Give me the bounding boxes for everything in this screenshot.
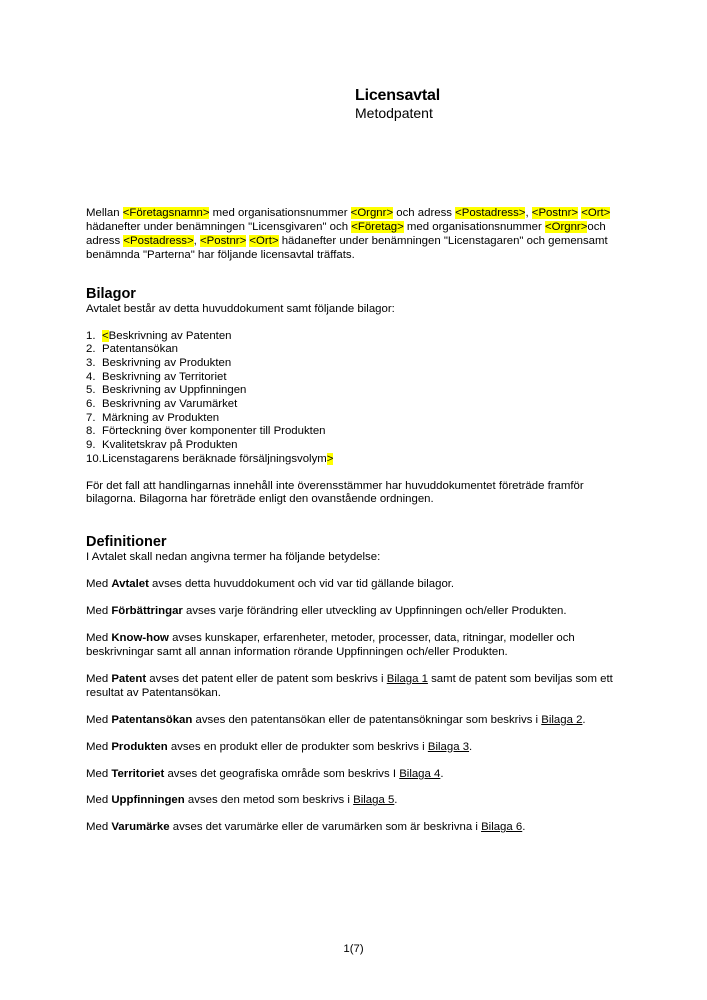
list-label: Beskrivning av Varumärket <box>102 398 237 412</box>
definitions-list: Med Avtalet avses detta huvuddokument oc… <box>86 578 616 835</box>
definition-paragraph: Med Varumärke avses det varumärke eller … <box>86 821 616 835</box>
bilaga-list-item: 7.Märkning av Produkten <box>86 412 616 426</box>
definitioner-lead: I Avtalet skall nedan angivna termer ha … <box>86 551 616 565</box>
list-number: 10. <box>86 453 102 467</box>
title-block: Licensavtal Metodpatent <box>355 86 440 122</box>
text: avses detta huvuddokument och vid var ti… <box>149 578 454 590</box>
bilagor-lead: Avtalet består av detta huvuddokument sa… <box>86 303 616 317</box>
definition-paragraph: Med Patentansökan avses den patentansöka… <box>86 714 616 728</box>
list-number: 9. <box>86 439 102 453</box>
list-label-text: Märkning av Produkten <box>102 412 219 424</box>
definition-paragraph: Med Uppfinningen avses den metod som bes… <box>86 794 616 808</box>
list-label-text: Beskrivning av Patenten <box>109 330 232 342</box>
document-title: Licensavtal <box>355 86 440 105</box>
bilaga-list-item: 6.Beskrivning av Varumärket <box>86 398 616 412</box>
text: . <box>582 714 585 726</box>
section-heading-bilagor: Bilagor <box>86 285 616 303</box>
document-page: Licensavtal Metodpatent Mellan <Företags… <box>0 0 707 1000</box>
list-number: 1. <box>86 330 102 344</box>
text: avses det patent eller de patent som bes… <box>146 673 387 685</box>
list-label: Förteckning över komponenter till Produk… <box>102 425 326 439</box>
bilaga-list-item: 5.Beskrivning av Uppfinningen <box>86 384 616 398</box>
bilaga-reference-link[interactable]: Bilaga 4 <box>399 768 440 780</box>
placeholder-org-number[interactable]: <Orgnr> <box>351 207 393 219</box>
text: Med <box>86 794 111 806</box>
text: med organisationsnummer <box>209 207 350 219</box>
list-label-text: Beskrivning av Produkten <box>102 357 231 369</box>
text: Med <box>86 578 111 590</box>
bilaga-list-item: 1.<Beskrivning av Patenten <box>86 330 616 344</box>
placeholder-company-name[interactable]: <Företagsnamn> <box>123 207 210 219</box>
defined-term: Varumärke <box>111 821 169 833</box>
definition-paragraph: Med Förbättringar avses varje förändring… <box>86 605 616 619</box>
definition-paragraph: Med Avtalet avses detta huvuddokument oc… <box>86 578 616 592</box>
list-label: Kvalitetskrav på Produkten <box>102 439 238 453</box>
bilaga-reference-link[interactable]: Bilaga 6 <box>481 821 522 833</box>
bilagor-list: 1.<Beskrivning av Patenten2.Patentansöka… <box>86 330 616 467</box>
text: Mellan <box>86 207 123 219</box>
placeholder-city[interactable]: <Ort> <box>581 207 610 219</box>
list-label: Patentansökan <box>102 343 178 357</box>
list-label-text: Beskrivning av Territoriet <box>102 371 227 383</box>
bilaga-list-item: 10.Licenstagarens beräknade försäljnings… <box>86 453 616 467</box>
text: avses den patentansökan eller de patenta… <box>192 714 541 726</box>
defined-term: Förbättringar <box>111 605 183 617</box>
text: Med <box>86 673 111 685</box>
text: . <box>469 741 472 753</box>
text: avses det geografiska område som beskriv… <box>164 768 399 780</box>
text: avses den metod som beskrivs i <box>185 794 353 806</box>
bilaga-list-item: 8.Förteckning över komponenter till Prod… <box>86 425 616 439</box>
placeholder-licensee-org-number[interactable]: <Orgnr> <box>545 221 587 233</box>
list-label-text: Beskrivning av Uppfinningen <box>102 384 246 396</box>
list-label: Licenstagarens beräknade försäljningsvol… <box>102 453 333 467</box>
definition-paragraph: Med Know-how avses kunskaper, erfarenhet… <box>86 632 616 660</box>
text: . <box>394 794 397 806</box>
text: , <box>525 207 531 219</box>
placeholder-licensee-city[interactable]: <Ort> <box>249 235 278 247</box>
list-number: 4. <box>86 371 102 385</box>
document-subtitle: Metodpatent <box>355 105 440 122</box>
defined-term: Territoriet <box>111 768 164 780</box>
text: . <box>440 768 443 780</box>
list-label-text: Patentansökan <box>102 343 178 355</box>
text: avses varje förändring eller utveckling … <box>183 605 567 617</box>
list-number: 3. <box>86 357 102 371</box>
placeholder-postal-address[interactable]: <Postadress> <box>455 207 525 219</box>
text: med organisationsnummer <box>404 221 545 233</box>
defined-term: Avtalet <box>111 578 149 590</box>
defined-term: Uppfinningen <box>111 794 184 806</box>
bilaga-list-item: 9.Kvalitetskrav på Produkten <box>86 439 616 453</box>
bilaga-list-item: 3.Beskrivning av Produkten <box>86 357 616 371</box>
bilaga-list-item: 4.Beskrivning av Territoriet <box>86 371 616 385</box>
list-number: 8. <box>86 425 102 439</box>
bilaga-reference-link[interactable]: Bilaga 1 <box>387 673 428 685</box>
list-label: Beskrivning av Uppfinningen <box>102 384 246 398</box>
list-label-text: Kvalitetskrav på Produkten <box>102 439 238 451</box>
list-label: Märkning av Produkten <box>102 412 219 426</box>
text: . <box>522 821 525 833</box>
precedence-paragraph: För det fall att handlingarnas innehåll … <box>86 480 616 508</box>
placeholder-licensee-postal-address[interactable]: <Postadress> <box>123 235 193 247</box>
list-number: 7. <box>86 412 102 426</box>
bilaga-reference-link[interactable]: Bilaga 3 <box>428 741 469 753</box>
list-label-text: Licenstagarens beräknade försäljningsvol… <box>102 453 327 465</box>
text: Med <box>86 714 111 726</box>
list-label-text: Förteckning över komponenter till Produk… <box>102 425 326 437</box>
list-label: Beskrivning av Produkten <box>102 357 231 371</box>
defined-term: Produkten <box>111 741 167 753</box>
section-heading-definitioner: Definitioner <box>86 533 616 551</box>
bilaga-list-item: 2.Patentansökan <box>86 343 616 357</box>
bilaga-reference-link[interactable]: Bilaga 5 <box>353 794 394 806</box>
text: Med <box>86 821 111 833</box>
defined-term: Know-how <box>111 632 169 644</box>
definition-paragraph: Med Territoriet avses det geografiska om… <box>86 768 616 782</box>
placeholder-close-marker[interactable]: > <box>327 453 334 465</box>
text: avses det varumärke eller de varumärken … <box>170 821 481 833</box>
text: hädanefter under benämningen "Licensgiva… <box>86 221 351 233</box>
list-number: 6. <box>86 398 102 412</box>
page-number: 1(7) <box>0 943 707 955</box>
text: Med <box>86 632 111 644</box>
bilaga-reference-link[interactable]: Bilaga 2 <box>541 714 582 726</box>
text: Med <box>86 741 111 753</box>
list-number: 5. <box>86 384 102 398</box>
text: Med <box>86 605 111 617</box>
placeholder-open-marker[interactable]: < <box>102 330 109 342</box>
text: Med <box>86 768 111 780</box>
placeholder-licensee-company[interactable]: <Företag> <box>351 221 404 233</box>
list-label: Beskrivning av Territoriet <box>102 371 227 385</box>
list-number: 2. <box>86 343 102 357</box>
definition-paragraph: Med Produkten avses en produkt eller de … <box>86 741 616 755</box>
list-label-text: Beskrivning av Varumärket <box>102 398 237 410</box>
placeholder-postal-code[interactable]: <Postnr> <box>532 207 578 219</box>
list-label: <Beskrivning av Patenten <box>102 330 232 344</box>
text: och adress <box>393 207 455 219</box>
document-body: Mellan <Företagsnamn> med organisationsn… <box>86 207 616 835</box>
definition-paragraph: Med Patent avses det patent eller de pat… <box>86 673 616 701</box>
parties-paragraph: Mellan <Företagsnamn> med organisationsn… <box>86 207 616 263</box>
defined-term: Patent <box>111 673 146 685</box>
placeholder-licensee-postal-code[interactable]: <Postnr> <box>200 235 246 247</box>
text: avses en produkt eller de produkter som … <box>168 741 428 753</box>
defined-term: Patentansökan <box>111 714 192 726</box>
